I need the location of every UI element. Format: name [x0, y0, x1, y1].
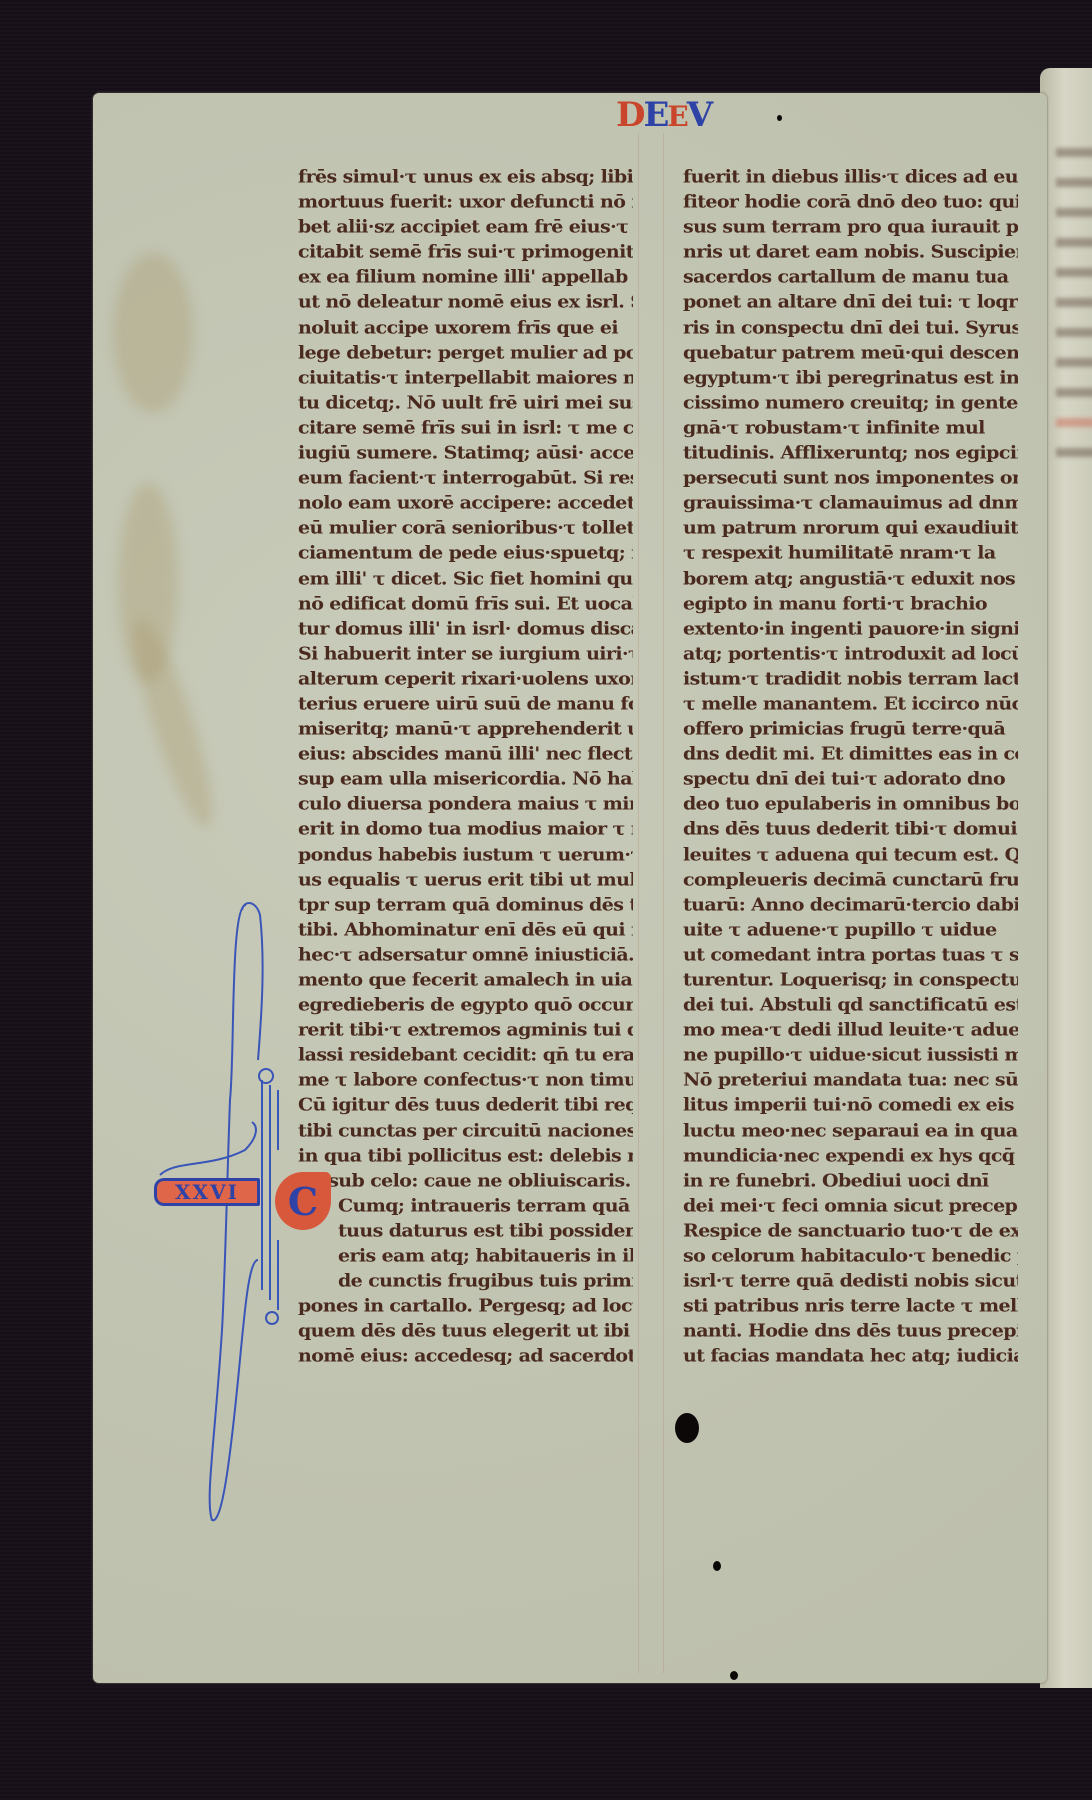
initial-flourish-icon [0, 0, 1092, 1800]
chapter-number: XXVI [154, 1178, 260, 1206]
decorated-initial: C [275, 1172, 331, 1230]
